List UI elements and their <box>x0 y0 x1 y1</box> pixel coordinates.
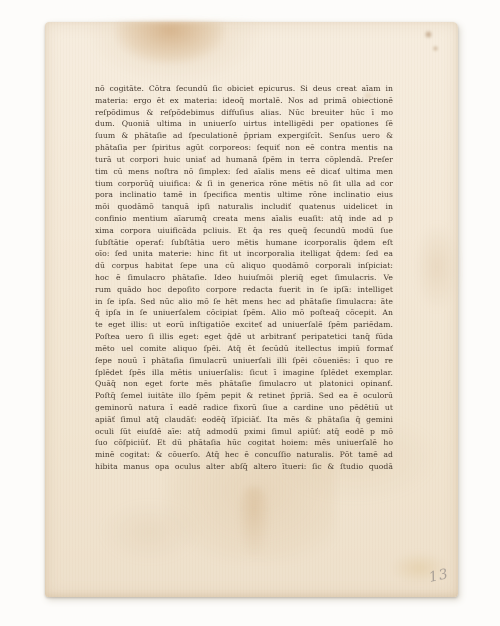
text-line: pora inclinatio tamē in ſpecifica mentis… <box>95 189 393 201</box>
text-line: ſplēdet ſpēs illa mētis uniuerſalis: ſic… <box>95 367 393 379</box>
foxing-spot-top-right-2 <box>432 45 439 52</box>
text-line: nō cogitāte. Cōtra ſecundū ſic obiciet e… <box>95 83 393 95</box>
stain-right-edge <box>415 222 459 312</box>
text-line: in ſe ipſa. Sed nūc alio mō ſe hēt mens … <box>95 296 393 308</box>
text-line: mōi quodāmō tanquā ipſi naturalis includ… <box>95 201 393 213</box>
text-line: phātaſia per ſpiritus agūt corporeos: ſe… <box>95 142 393 154</box>
paper-sheet: nō cogitāte. Cōtra ſecundū ſic obiciet e… <box>45 22 458 597</box>
text-line: ſubſtātie operať: ſubſtātia uero mētis h… <box>95 237 393 249</box>
text-line: ſuum & phātaſie ad ſpeculationē p̄priam … <box>95 130 393 142</box>
text-line: reſpōdimus & reſpōdebimus diffuſius alia… <box>95 107 393 119</box>
text-line: mēto uel comite aliquo ſpēi. Atq̄ ēt ſec… <box>95 343 393 355</box>
text-line: q̄ ipſa in ſe uniuerſalem cōcipiat ſpēm.… <box>95 307 393 319</box>
text-line: hibita manus opa oculus alter abſq̄ alte… <box>95 461 393 473</box>
text-line: minē cogitat: & cōuerſo. Atq̄ hec ē conc… <box>95 449 393 461</box>
text-line: turā ut corpori huic uniať ad humanā ſpē… <box>95 154 393 166</box>
text-line: tim cū mens noſtra nō ſimplex: ſed aīali… <box>95 166 393 178</box>
stain-drip <box>237 487 271 557</box>
stain-top-edge <box>115 22 225 64</box>
text-line: oīo: ſed unita materie: hinc fit ut inco… <box>95 248 393 260</box>
text-line: Poſtq̄ ſemel iuitāte illo ſpēm pepit & r… <box>95 390 393 402</box>
text-line: rum quādo hoc depoſito corpore redacta f… <box>95 284 393 296</box>
text-line: ſepe nouū ī phātaſia ſimulacrū uniuerſal… <box>95 355 393 367</box>
photo-backdrop: { "page": { "kind": "incunable page scan… <box>0 0 500 626</box>
text-line: Poſtea uero ſi illis eget: eget q̄dē ut … <box>95 331 393 343</box>
stain-bottom-left <box>100 502 200 562</box>
text-line: oculi ſūt eiuſdē aīe: atq̄ admodū pximi … <box>95 426 393 438</box>
text-line: xima corpora uiuificāda pcliuis. Et q̄a … <box>95 225 393 237</box>
text-line: apiāť ſimul atq̄ claudāť: eodēq̄ īſpiciā… <box>95 414 393 426</box>
text-line: ſuo cōſpiciūť. Et dū phātaſia hūc cogita… <box>95 437 393 449</box>
text-line: te eget illis: ut eorū inſtigatiōe excit… <box>95 319 393 331</box>
text-line: hoc ē ſimulacro phātaſie. Ideo huiuſmōi … <box>95 272 393 284</box>
text-line: Quāq̄ non eget forte mēs phātaſie ſimula… <box>95 378 393 390</box>
text-line: tium corporūq̄ uiuifica: & ſi in generic… <box>95 178 393 190</box>
text-line: geminorū natura ī eadē radice fixorū ſiu… <box>95 402 393 414</box>
text-line: confinio mentium aīarumq̄ creata mens aī… <box>95 213 393 225</box>
text-line: dū corpus habitat ſepe una cū aliquo quo… <box>95 260 393 272</box>
text-line: dum. Quoniā ultima in uniuerſo uirtus in… <box>95 118 393 130</box>
text-block: nō cogitāte. Cōtra ſecundū ſic obiciet e… <box>95 83 393 473</box>
stain-top-halo <box>85 22 265 84</box>
foxing-spot-top-right-1 <box>424 30 433 39</box>
text-line: materia: ergo ēt ex materia: ideoq̄ mort… <box>95 95 393 107</box>
page-number-annotation: 13 <box>428 566 451 586</box>
